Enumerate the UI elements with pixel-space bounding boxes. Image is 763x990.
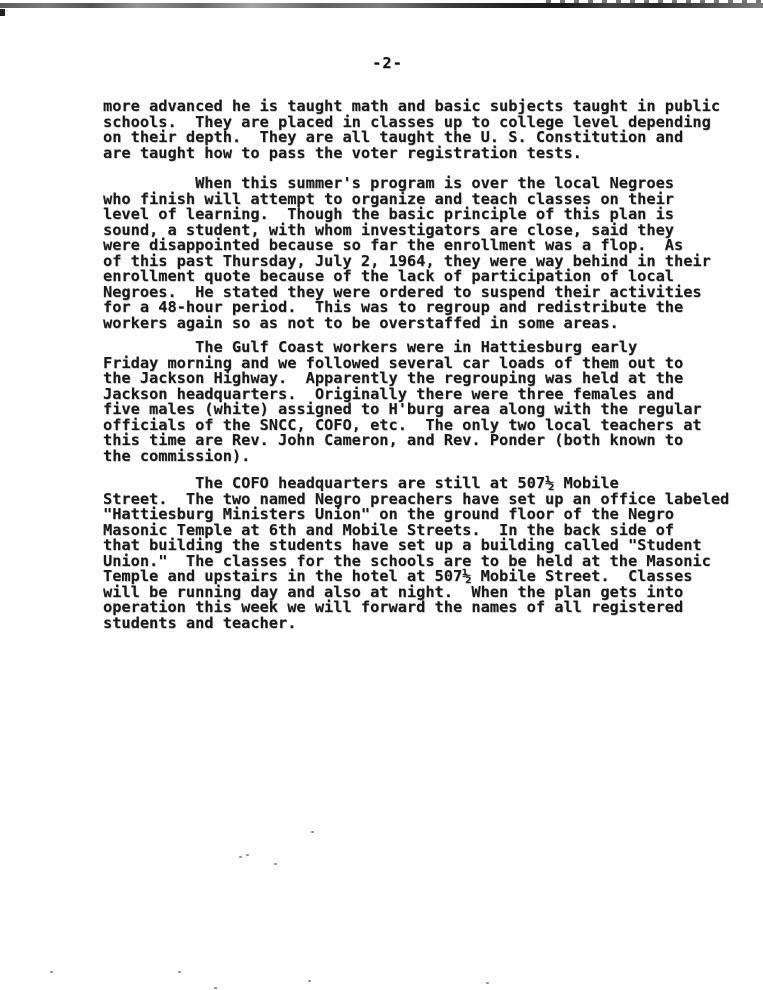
- scan-speck: [274, 863, 277, 865]
- paragraph-3: The Gulf Coast workers were in Hattiesbu…: [103, 340, 729, 464]
- scan-speck: [311, 831, 314, 833]
- scan-artifact-left-mark: [0, 9, 5, 16]
- scan-speck: [214, 987, 217, 989]
- scanned-document-page: -2- more advanced he is taught math and …: [0, 0, 763, 990]
- scan-speck: [178, 971, 181, 973]
- scan-speck: [239, 856, 242, 858]
- scan-artifact-top-dashes: [546, 0, 761, 3]
- paragraph-1: more advanced he is taught math and basi…: [103, 99, 729, 161]
- scan-speck: [50, 971, 53, 973]
- paragraph-4: The COFO headquarters are still at 507½ …: [103, 476, 729, 631]
- scan-speck: [486, 982, 489, 984]
- paragraph-2: When this summer's program is over the l…: [103, 176, 729, 331]
- scan-speck: [308, 980, 311, 982]
- scan-artifact-top-line: [0, 3, 763, 8]
- scan-speck: [246, 854, 249, 856]
- page-number: -2-: [6, 54, 763, 72]
- document-body: more advanced he is taught math and basi…: [103, 99, 729, 631]
